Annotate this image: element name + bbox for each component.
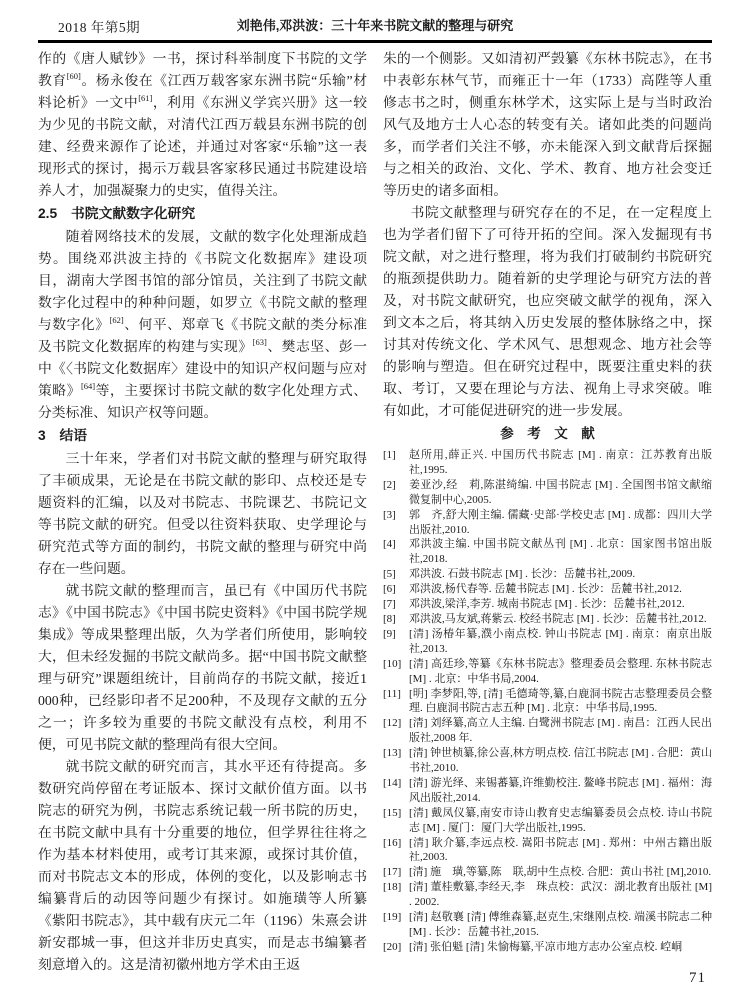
reference-label: [18]	[383, 880, 409, 910]
reference-text: 邓洪波,马友斌,蒋紫云. 校经书院志 [M] . 长沙：岳麓书社,2012.	[409, 612, 712, 627]
page-number: 71	[689, 970, 706, 987]
paragraph-continuation-left: 作的《唐人赋钞》一书，探讨科举制度下书院的文学教育[60]。杨永俊在《江西万载客…	[38, 48, 367, 202]
citation-marker-64: [64]	[81, 381, 95, 391]
reference-item: [6]邓洪波,杨代春等. 岳麓书院志 [M] . 长沙：岳麓书社,2012.	[383, 582, 712, 597]
page: 2018 年第5期 刘艳伟,邓洪波：三十年来书院文献的整理与研究 作的《唐人赋钞…	[0, 0, 750, 999]
reference-label: [4]	[383, 537, 409, 567]
reference-text: [清] 赵敬襄 [清] 傅维森纂,赵克生,宋继刚点校. 端溪书院志二种 [M] …	[409, 910, 712, 940]
left-column: 作的《唐人赋钞》一书，探讨科举制度下书院的文学教育[60]。杨永俊在《江西万载客…	[38, 48, 367, 976]
references-heading: 参 考 文 献	[383, 424, 712, 444]
paragraph-conclusion-3: 就书院文献的研究而言，其水平还有待提高。多数研究尚停留在考证版本、探讨文献价值方…	[38, 756, 367, 976]
reference-label: [15]	[383, 806, 409, 836]
reference-label: [12]	[383, 716, 409, 746]
reference-text: 郭 齐,舒大刚主编. 儒藏·史部·学校史志 [M] . 成都：四川大学出版社,2…	[409, 508, 712, 538]
reference-item: [3]郭 齐,舒大刚主编. 儒藏·史部·学校史志 [M] . 成都：四川大学出版…	[383, 508, 712, 538]
reference-text: [清] 董桂敷纂,李经天,李 珠点校：武汉：湖北教育出版社 [M] . 2002…	[409, 880, 712, 910]
reference-text: [清] 施 璜,等纂,陈 联,胡中生点校. 合肥：黄山书社 [M],2010.	[409, 865, 712, 880]
citation-marker-63: [63]	[253, 337, 267, 347]
paragraph-conclusion-1: 三十年来，学者们对书院文献的整理与研究取得了丰硕成果，无论是在书院文献的影印、点…	[38, 448, 367, 580]
reference-list: [1]赵所用,薛正兴. 中国历代书院志 [M] . 南京：江苏教育出版社,199…	[383, 448, 712, 955]
reference-text: [明] 李梦阳,等, [清] 毛德琦等,纂,白鹿洞书院古志整理委员会整理. 白鹿…	[409, 687, 712, 717]
reference-item: [15][清] 戴凤仪纂,南安市诗山教育史志编纂委员会点校. 诗山书院志 [M]…	[383, 806, 712, 836]
paragraph-continuation-right: 朱的一个侧影。又如清初严瑴纂《东林书院志》，在书中表彰东林气节，而雍正十一年（1…	[383, 48, 712, 202]
reference-item: [10][清] 高廷珍,等纂《东林书院志》整理委员会整理. 东林书院志 [M] …	[383, 657, 712, 687]
reference-text: [清] 高廷珍,等纂《东林书院志》整理委员会整理. 东林书院志 [M] . 北京…	[409, 657, 712, 687]
reference-text: [清] 钟世桢纂,徐公喜,林方明点校. 信江书院志 [M] . 合肥：黄山书社,…	[409, 746, 712, 776]
reference-item: [5]邓洪波. 石鼓书院志 [M] . 长沙：岳麓书社,2009.	[383, 567, 712, 582]
reference-item: [9][清] 汤椿年纂,濮小南点校. 钟山书院志 [M] . 南京：南京出版社,…	[383, 627, 712, 657]
reference-text: 姜亚沙,经 莉,陈湛绮编. 中国书院志 [M] . 全国图书馆文献缩微复制中心,…	[409, 478, 712, 508]
section-heading-3: 3 结语	[38, 425, 367, 447]
reference-label: [7]	[383, 597, 409, 612]
reference-item: [2]姜亚沙,经 莉,陈湛绮编. 中国书院志 [M] . 全国图书馆文献缩微复制…	[383, 478, 712, 508]
reference-item: [8]邓洪波,马友斌,蒋紫云. 校经书院志 [M] . 长沙：岳麓书社,2012…	[383, 612, 712, 627]
page-header: 2018 年第5期 刘艳伟,邓洪波：三十年来书院文献的整理与研究	[38, 15, 712, 35]
reference-label: [10]	[383, 657, 409, 687]
reference-label: [13]	[383, 746, 409, 776]
right-column: 朱的一个侧影。又如清初严瑴纂《东林书院志》，在书中表彰东林气节，而雍正十一年（1…	[383, 48, 712, 976]
reference-text: [清] 汤椿年纂,濮小南点校. 钟山书院志 [M] . 南京：南京出版社,201…	[409, 627, 712, 657]
reference-text: [清] 张伯魁 [清] 朱愉梅纂,平凉市地方志办公室点校. 崆峒	[409, 940, 712, 955]
paragraph-digitization: 随着网络技术的发展，文献的数字化处理渐成趋势。围绕邓洪波主持的《书院文化数据库》…	[38, 226, 367, 424]
reference-item: [1]赵所用,薛正兴. 中国历代书院志 [M] . 南京：江苏教育出版社,199…	[383, 448, 712, 478]
reference-item: [4]邓洪波主编. 中国书院文献丛刊 [M] . 北京：国家图书馆出版社,201…	[383, 537, 712, 567]
reference-item: [18][清] 董桂敷纂,李经天,李 珠点校：武汉：湖北教育出版社 [M] . …	[383, 880, 712, 910]
reference-label: [20]	[383, 940, 409, 955]
section-heading-2-5: 2.5 书院文献数字化研究	[38, 203, 367, 225]
reference-label: [16]	[383, 836, 409, 866]
reference-text: [清] 刘绎纂,高立人主编. 白鹭洲书院志 [M] . 南昌：江西人民出版社,2…	[409, 716, 712, 746]
citation-marker-62: [62]	[110, 315, 124, 325]
reference-item: [20][清] 张伯魁 [清] 朱愉梅纂,平凉市地方志办公室点校. 崆峒	[383, 940, 712, 955]
reference-label: [5]	[383, 567, 409, 582]
reference-label: [3]	[383, 508, 409, 538]
reference-label: [9]	[383, 627, 409, 657]
reference-text: 邓洪波主编. 中国书院文献丛刊 [M] . 北京：国家图书馆出版社,2018.	[409, 537, 712, 567]
reference-label: [1]	[383, 448, 409, 478]
reference-label: [17]	[383, 865, 409, 880]
reference-text: [清] 戴凤仪纂,南安市诗山教育史志编纂委员会点校. 诗山书院志 [M] . 厦…	[409, 806, 712, 836]
reference-text: [清] 游光绎、来锡蕃纂,许维勤校注. 鳌峰书院志 [M] . 福州：海风出版社…	[409, 776, 712, 806]
paragraph-conclusion-2: 就书院文献的整理而言，虽已有《中国历代书院志》《中国书院志》《中国书院史资料》《…	[38, 580, 367, 756]
reference-label: [6]	[383, 582, 409, 597]
reference-label: [19]	[383, 910, 409, 940]
reference-label: [14]	[383, 776, 409, 806]
reference-label: [2]	[383, 478, 409, 508]
reference-text: 邓洪波,梁洋,李芳. 城南书院志 [M] . 长沙：岳麓书社,2012.	[409, 597, 712, 612]
reference-label: [8]	[383, 612, 409, 627]
reference-item: [14][清] 游光绎、来锡蕃纂,许维勤校注. 鳌峰书院志 [M] . 福州：海…	[383, 776, 712, 806]
reference-text: [清] 耿介纂,李远点校. 嵩阳书院志 [M] . 郑州：中州古籍出版社,200…	[409, 836, 712, 866]
reference-item: [7]邓洪波,梁洋,李芳. 城南书院志 [M] . 长沙：岳麓书社,2012.	[383, 597, 712, 612]
reference-item: [19][清] 赵敬襄 [清] 傅维森纂,赵克生,宋继刚点校. 端溪书院志二种 …	[383, 910, 712, 940]
running-title: 刘艳伟,邓洪波：三十年来书院文献的整理与研究	[38, 15, 712, 34]
reference-text: 邓洪波,杨代春等. 岳麓书院志 [M] . 长沙：岳麓书社,2012.	[409, 582, 712, 597]
reference-text: 邓洪波. 石鼓书院志 [M] . 长沙：岳麓书社,2009.	[409, 567, 712, 582]
reference-item: [13][清] 钟世桢纂,徐公喜,林方明点校. 信江书院志 [M] . 合肥：黄…	[383, 746, 712, 776]
reference-item: [16][清] 耿介纂,李远点校. 嵩阳书院志 [M] . 郑州：中州古籍出版社…	[383, 836, 712, 866]
text-columns: 作的《唐人赋钞》一书，探讨科举制度下书院的文学教育[60]。杨永俊在《江西万载客…	[38, 48, 712, 976]
body-text: ，利用《东洲义学宾兴册》这一较为少见的书院文献，对清代江西万载县东洲书院的创建、…	[38, 95, 367, 198]
reference-item: [11][明] 李梦阳,等, [清] 毛德琦等,纂,白鹿洞书院古志整理委员会整理…	[383, 687, 712, 717]
reference-item: [12][清] 刘绎纂,高立人主编. 白鹭洲书院志 [M] . 南昌：江西人民出…	[383, 716, 712, 746]
reference-label: [11]	[383, 687, 409, 717]
citation-marker-61: [61]	[138, 93, 152, 103]
reference-item: [17][清] 施 璜,等纂,陈 联,胡中生点校. 合肥：黄山书社 [M],20…	[383, 865, 712, 880]
reference-text: 赵所用,薛正兴. 中国历代书院志 [M] . 南京：江苏教育出版社,1995.	[409, 448, 712, 478]
citation-marker-60: [60]	[67, 71, 81, 81]
paragraph-outlook: 书院文献整理与研究存在的不足，在一定程度上也为学者们留下了可待开拓的空间。深入发…	[383, 202, 712, 422]
header-rule	[38, 40, 712, 43]
